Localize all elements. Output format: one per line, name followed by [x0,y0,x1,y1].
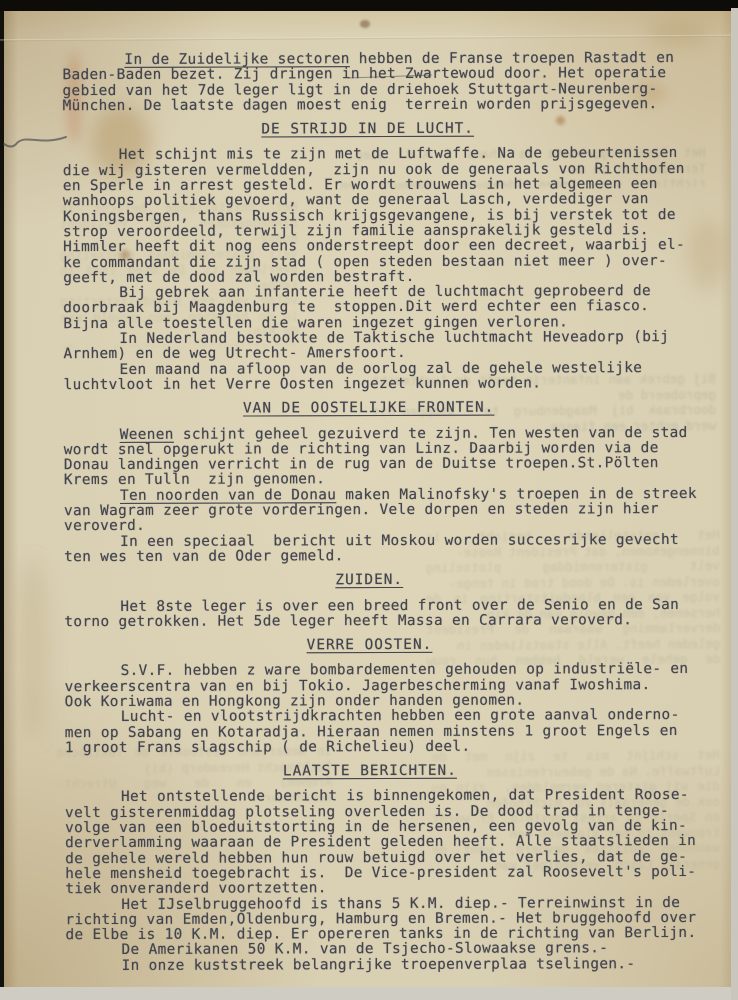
paragraph: In een speciaal bericht uit Moskou worde… [64,532,718,565]
paragraph: Het 8ste leger is over een breed front o… [64,597,718,630]
paragraph: Bij gebrek aan infanterie heeft de lucht… [63,284,717,332]
scan-edge-top [0,0,738,11]
underlined-phrase: Weenen [120,426,174,442]
paragraph: Het IJselbruggehoofd is thans 5 K.M. die… [65,895,719,943]
paragraph: In onze kuststreek belangrijke troepenve… [66,957,720,975]
paragraph: S.V.F. hebben z ware bombardementen geho… [65,662,719,710]
paragraph: In Nederland bestookte de Taktische luch… [63,330,717,363]
paragraph: Een maand na afloop van de oorlog zal de… [63,361,717,394]
scan-edge-bottom [0,987,738,1000]
underlined-phrase: Ten noorden van de Donau [120,487,336,504]
paragraph: Ten noorden van de Donau maken Malinofsk… [64,487,718,535]
paragraph: Weenen schijnt geheel gezuiverd te zijn.… [64,425,718,488]
section-heading-eastern-fronts: VAN DE OOSTELIJKE FRONTEN. [64,400,718,418]
paragraph: Het ontstellende bericht is binnengekome… [65,788,719,897]
bulletin-page: In de Zuidelijke sectoren hebben de Fran… [62,51,719,974]
section-heading-air-war: DE STRIJD IN DE LUCHT. [63,121,717,139]
section-heading-latest-news: LAATSTE BERICHTEN. [65,763,719,781]
paragraph: Het schijnt mis te zijn met de Luftwaffe… [63,146,717,286]
intro-paragraph: In de Zuidelijke sectoren hebben de Fran… [62,51,716,114]
paragraph: Lucht- en vlootstrijdkrachten hebben een… [65,708,719,756]
section-heading-south: ZUIDEN. [64,572,718,590]
scan-edge-right [731,8,738,1000]
section-heading-far-east: VERRE OOSTEN. [64,637,718,655]
